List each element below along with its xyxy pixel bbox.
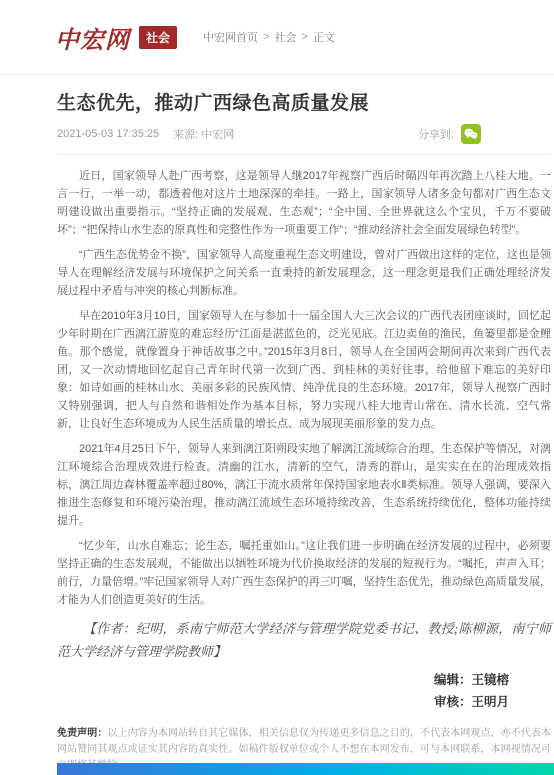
site-header: 中宏网 社会 中宏网首页 > 社会 > 正文: [0, 0, 554, 75]
article-title: 生态优先，推动广西绿色高质量发展: [57, 88, 551, 115]
breadcrumb-home-link[interactable]: 中宏网首页: [203, 29, 258, 45]
share-label: 分享到:: [418, 126, 454, 142]
breadcrumb-section-link[interactable]: 社会: [274, 29, 296, 45]
footer-gradient-bar: [57, 763, 554, 775]
article-paragraph: 近日，国家领导人赴广西考察，这是领导人继2017年视察广西后时隔四年再次踏上八桂…: [57, 167, 551, 239]
site-logo[interactable]: 中宏网: [55, 20, 130, 55]
disclaimer-label: 免责声明：: [57, 728, 107, 739]
breadcrumb: 中宏网首页 > 社会 > 正文: [203, 29, 335, 45]
publish-time: 2021-05-03 17:35:25: [57, 128, 159, 140]
editor-block: 编辑：王镜榕 审核：王明月: [57, 669, 551, 713]
article-paragraph: 2021年4月25日下午，领导人来到漓江阳朔段实地了解漓江流域综合治理、生态保护…: [57, 440, 551, 530]
reviewer-line: 审核：王明月: [57, 691, 509, 713]
article-container: 生态优先，推动广西绿色高质量发展 2021-05-03 17:35:25 来源:…: [57, 88, 551, 774]
article-paragraph: “忆少年，山水自难忘；论生态，嘱托重如山。”这让我们进一步明确在经济发展的过程中…: [57, 537, 551, 609]
breadcrumb-separator: >: [301, 31, 307, 43]
breadcrumb-current: 正文: [313, 29, 335, 45]
editor-line: 编辑：王镜榕: [57, 669, 509, 691]
article-paragraph: 早在2010年3月10日，国家领导人在与参加十一届全国人大三次会议的广西代表团座…: [57, 307, 551, 433]
breadcrumb-separator: >: [263, 31, 269, 43]
wechat-icon[interactable]: [461, 124, 481, 144]
author-note: 【作者：纪明，系南宁师范大学经济与管理学院党委书记、教授;陈柳源，南宁师范大学经…: [57, 617, 551, 663]
article-paragraph: “广西生态优势金不换”，国家领导人高度重视生态文明建设，曾对广西做出这样的定位，…: [57, 246, 551, 300]
wechat-bubbles-glyph: [464, 128, 478, 140]
source-label: 来源: 中宏网: [173, 126, 234, 142]
article-body: 近日，国家领导人赴广西考察，这是领导人继2017年视察广西后时隔四年再次踏上八桂…: [57, 167, 551, 609]
share-widget: 分享到:: [418, 124, 481, 144]
section-badge[interactable]: 社会: [139, 26, 177, 49]
article-meta-row: 2021-05-03 17:35:25 来源: 中宏网 分享到:: [57, 124, 551, 155]
